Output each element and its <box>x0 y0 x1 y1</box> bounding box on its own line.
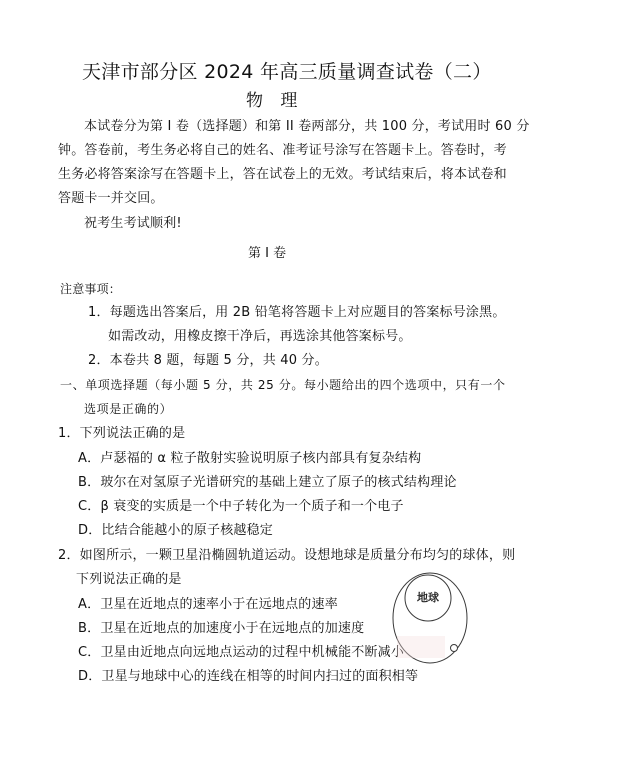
section-heading-cont: 选项是正确的） <box>84 401 172 417</box>
faded-watermark <box>397 636 445 658</box>
notice-title: 注意事项： <box>60 281 121 297</box>
option-a: A．卫星在近地点的速率小于在远地点的速率 <box>78 597 338 613</box>
satellite-dot <box>451 645 458 652</box>
intro-line-4: 答题卡一并交回。 <box>58 191 164 207</box>
section-heading: 一、单项选择题（每小题 5 分，共 25 分。每小题给出的四个选项中，只有一个 <box>60 377 506 393</box>
wish-text: 祝考生考试顺利! <box>84 216 182 232</box>
option-d: D．卫星与地球中心的连线在相等的时间内扫过的面积相等 <box>78 669 418 685</box>
elliptical-orbit-figure: 地球 <box>385 566 475 668</box>
question-stem: 2．如图所示，一颗卫星沿椭圆轨道运动。设想地球是质量分布均匀的球体，则 <box>58 548 515 564</box>
option-c: C．卫星由近地点向远地点运动的过程中机械能不断减小 <box>78 645 404 661</box>
orbit-diagram: 地球 <box>385 566 475 668</box>
notice-item-2: 2．本卷共 8 题，每题 5 分，共 40 分。 <box>88 353 328 369</box>
option-b: B．卫星在近地点的加速度小于在远地点的加速度 <box>78 621 364 637</box>
earth-label: 地球 <box>417 590 439 604</box>
intro-line-2: 钟。答卷前，考生务必将自己的姓名、准考证号涂写在答题卡上。答卷时，考 <box>58 143 507 159</box>
option-a: A．卢瑟福的 α 粒子散射实验说明原子核内部具有复杂结构 <box>78 451 421 467</box>
intro-line-3: 生务必将答案涂写在答题卡上，答在试卷上的无效。考试结束后，将本试卷和 <box>58 167 507 183</box>
option-d: D．比结合能越小的原子核越稳定 <box>78 523 273 539</box>
intro-line-1: 本试卷分为第 I 卷（选择题）和第 II 卷两部分，共 100 分，考试用时 6… <box>84 119 530 135</box>
option-c: C．β 衰变的实质是一个中子转化为一个质子和一个电子 <box>78 499 404 515</box>
question-stem: 1．下列说法正确的是 <box>58 426 185 442</box>
notice-item-1-cont: 如需改动，用橡皮擦干净后，再选涂其他答案标号。 <box>108 329 412 345</box>
subject-title: 物 理 <box>246 90 303 112</box>
exam-title: 天津市部分区 2024 年高三质量调查试卷（二） <box>82 60 492 84</box>
option-b: B．玻尔在对氢原子光谱研究的基础上建立了原子的核式结构理论 <box>78 475 457 491</box>
notice-item-1: 1．每题选出答案后，用 2B 铅笔将答题卡上对应题目的答案标号涂黑。 <box>88 305 506 321</box>
question-stem-cont: 下列说法正确的是 <box>76 572 182 588</box>
part-label: 第 I 卷 <box>248 246 286 262</box>
